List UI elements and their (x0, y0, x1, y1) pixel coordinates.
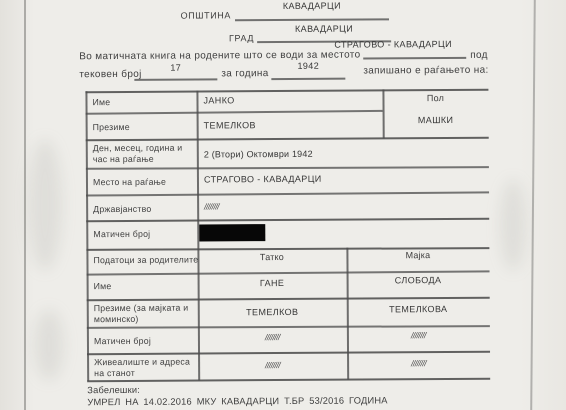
parents-section-label: Податоци за родителите (93, 255, 198, 266)
sex-value: МАШКИ (383, 115, 489, 126)
city-label: ГРАД (179, 33, 254, 44)
intro-suffix: под (470, 50, 488, 62)
name-value: ЈАНКО (203, 95, 234, 106)
notes-label: Забелешки: (87, 385, 140, 396)
id-number-label: Матичен број (93, 229, 150, 239)
table-line (87, 351, 490, 355)
parent-name-label: Име (94, 281, 112, 291)
registered-text: запишано е раѓањето на: (363, 65, 488, 77)
citizenship-label: Државјанство (93, 204, 151, 214)
residence-label: Живеалиште и адреса на станот (94, 357, 198, 380)
municipality-label: ОПШТИНА (139, 10, 231, 21)
father-id-value: //////// (198, 333, 347, 344)
birthplace-header-value: СТРАГОВО - КАВАДАРЦИ (333, 39, 453, 50)
table-line (86, 137, 489, 141)
mother-header: Мајка (346, 250, 489, 261)
place-underline (363, 57, 466, 59)
municipality-underline (235, 18, 389, 20)
birthdate-value: 2 (Втори) Октомври 1942 (204, 149, 313, 160)
mother-id-value: //////// (347, 331, 490, 342)
table-left-border (85, 91, 88, 381)
redaction-box (199, 224, 265, 241)
table-line (86, 166, 489, 169)
year-label: за година (221, 68, 268, 80)
mother-name-value: СЛОБОДА (347, 275, 490, 286)
surname-value: ТЕМЕЛКОВ (204, 120, 256, 131)
year-underline (271, 78, 345, 80)
table-line (87, 325, 490, 328)
name-label: Име (92, 97, 110, 107)
birthdate-label: Ден, месец, година и час на раѓање (93, 143, 195, 166)
scanned-birth-certificate: КАВАДАРЦИ ОПШТИНА КАВАДАРЦИ ГРАД СТРАГОВ… (0, 0, 566, 410)
father-surname-value: ТЕМЕЛКОВ (198, 307, 347, 318)
father-residence-value: //////// (198, 361, 347, 372)
year-value: 1942 (271, 61, 345, 72)
mother-surname-value: ТЕМЕЛКОВА (347, 304, 490, 315)
table-line (86, 110, 383, 114)
father-name-value: ГАНЕ (198, 278, 347, 289)
notes-text: УМРЕЛ НА 14.02.2016 МКУ КАВАДАРЦИ Т.БР 5… (87, 395, 387, 408)
birthplace-label: Место на раѓање (93, 177, 166, 188)
table-line (86, 191, 489, 196)
mother-residence-value: //////// (347, 359, 490, 370)
parent-id-label: Матичен број (94, 336, 151, 346)
table-line (87, 297, 490, 301)
surname-label: Презиме (93, 122, 130, 132)
serial-label: тековен број (79, 69, 141, 81)
sex-label: Пол (382, 93, 488, 104)
serial-underline (134, 78, 217, 80)
city-value: КАВАДАРЦИ (257, 23, 391, 34)
certificate-content: КАВАДАРЦИ ОПШТИНА КАВАДАРЦИ ГРАД СТРАГОВ… (0, 0, 566, 410)
parent-surname-label: Презиме (за мајката и моминско) (94, 303, 194, 326)
birthplace-value: СТРАГОВО - КАВАДАРЦИ (204, 174, 322, 185)
father-header: Татко (197, 252, 346, 263)
serial-value: 17 (134, 62, 217, 73)
municipality-value: КАВАДАРЦИ (235, 0, 389, 11)
table-line (86, 218, 489, 222)
citizenship-value: //////// (204, 202, 219, 212)
